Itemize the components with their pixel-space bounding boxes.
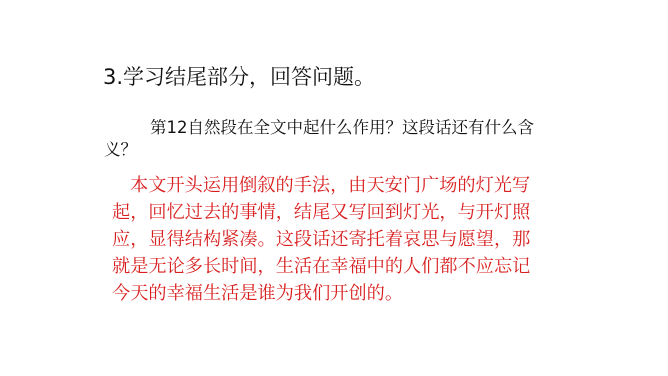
slide: 3.学习结尾部分，回答问题。 第12自然段在全文中起什么作用？这段话还有什么含义… (0, 0, 668, 376)
question-text: 第12自然段在全文中起什么作用？这段话还有什么含义？ (104, 117, 534, 161)
section-title: 3.学习结尾部分，回答问题。 (103, 63, 375, 91)
answer-text: 本文开头运用倒叙的手法，由天安门广场的灯光写起，回忆过去的事情，结尾又写回到灯光… (112, 172, 532, 307)
